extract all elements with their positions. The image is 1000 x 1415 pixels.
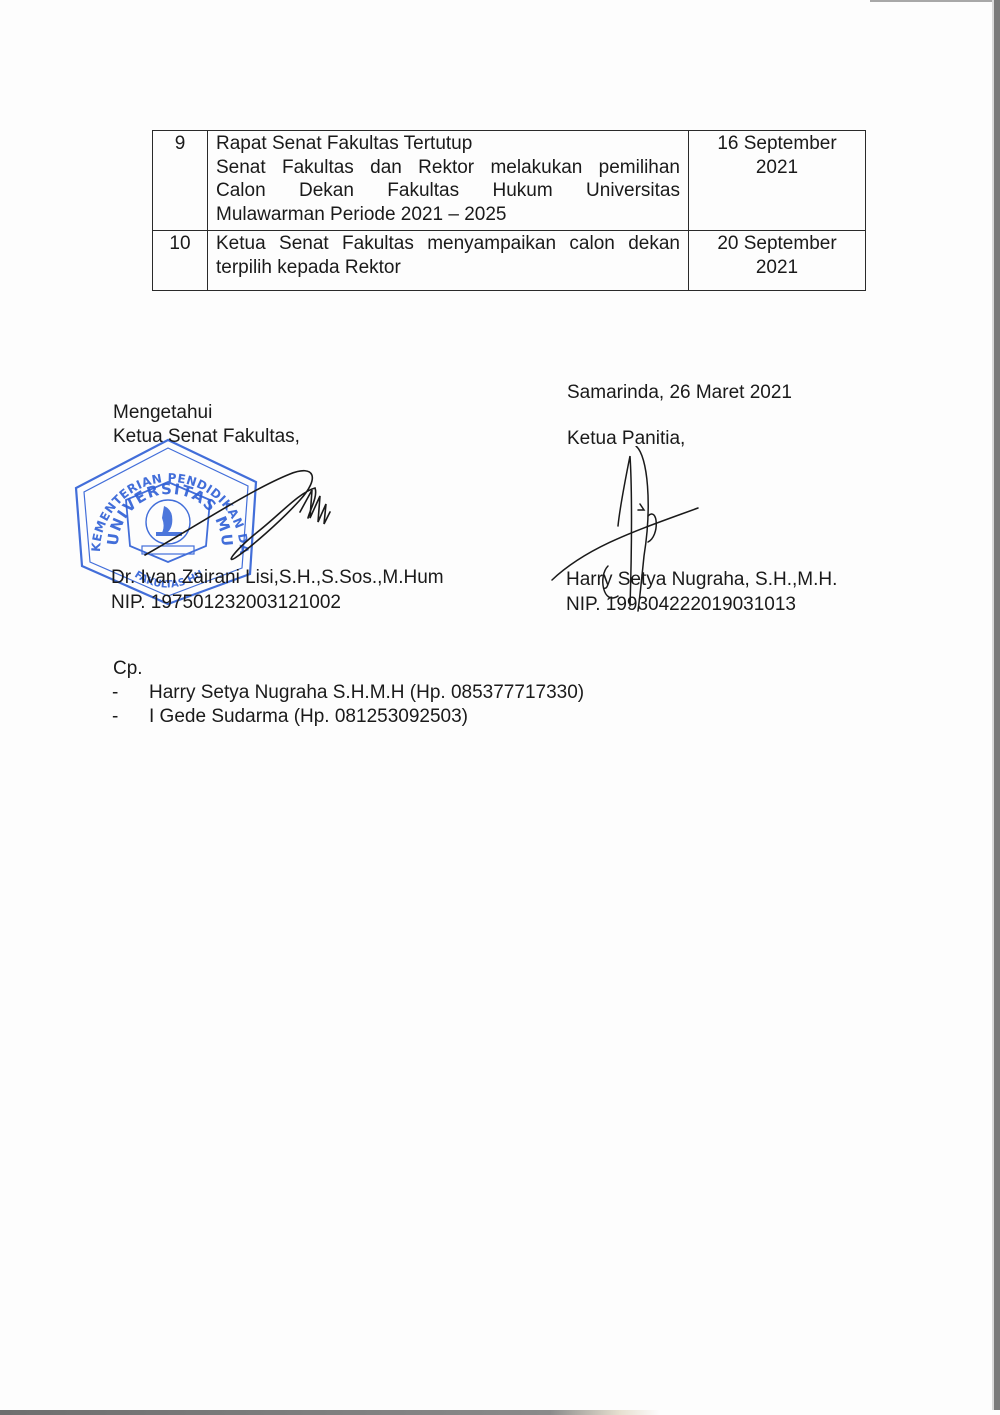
acknowledge-label: Mengetahui: [113, 402, 212, 424]
table-row: 9 Rapat Senat Fakultas Tertutup Senat Fa…: [153, 131, 866, 231]
row-text-line: terpilih kepada Rektor: [216, 256, 680, 280]
row-date-line: 20 September: [697, 232, 857, 256]
contact-text: I Gede Sudarma (Hp. 081253092503): [149, 706, 468, 727]
row-text-line: Calon Dekan Fakultas Hukum Universitas: [216, 179, 680, 203]
committee-chair-nip: NIP. 199304222019031013: [566, 594, 796, 616]
row-date: 16 September 2021: [689, 131, 866, 231]
place-date: Samarinda, 26 Maret 2021: [567, 382, 792, 404]
list-dash: -: [112, 705, 118, 729]
row-text-line: Ketua Senat Fakultas menyampaikan calon …: [216, 232, 680, 256]
row-text-line: Mulawarman Periode 2021 – 2025: [216, 203, 680, 227]
row-description: Ketua Senat Fakultas menyampaikan calon …: [208, 231, 689, 291]
row-number: 9: [153, 131, 208, 231]
row-date: 20 September 2021: [689, 231, 866, 291]
table-row: 10 Ketua Senat Fakultas menyampaikan cal…: [153, 231, 866, 291]
contact-text: Harry Setya Nugraha S.H.M.H (Hp. 0853777…: [149, 682, 584, 703]
senate-chair-position: Ketua Senat Fakultas,: [113, 426, 300, 448]
list-item: -I Gede Sudarma (Hp. 081253092503): [112, 705, 584, 729]
list-item: -Harry Setya Nugraha S.H.M.H (Hp. 085377…: [112, 681, 584, 705]
row-date-line: 2021: [697, 256, 857, 280]
contact-person-list: -Harry Setya Nugraha S.H.M.H (Hp. 085377…: [112, 681, 584, 729]
row-date-line: 16 September: [697, 132, 857, 156]
row-text-line: Senat Fakultas dan Rektor melakukan pemi…: [216, 156, 680, 180]
signature-left: [140, 460, 340, 570]
row-number: 10: [153, 231, 208, 291]
schedule-table: 9 Rapat Senat Fakultas Tertutup Senat Fa…: [152, 130, 866, 291]
cp-label: Cp.: [113, 658, 143, 680]
row-title: Rapat Senat Fakultas Tertutup: [216, 132, 680, 156]
committee-chair-name: Harry Setya Nugraha, S.H.,M.H.: [566, 569, 837, 591]
page-edge-bottom: [0, 1410, 1000, 1415]
row-date-line: 2021: [697, 156, 857, 180]
senate-chair-name: Dr. Ivan Zairani Lisi,S.H.,S.Sos.,M.Hum: [111, 567, 444, 589]
senate-chair-nip: NIP. 197501232003121002: [111, 592, 341, 614]
page-edge-top: [870, 0, 1000, 2]
page-edge-right: [994, 0, 1000, 1415]
row-description: Rapat Senat Fakultas Tertutup Senat Faku…: [208, 131, 689, 231]
list-dash: -: [112, 681, 118, 705]
